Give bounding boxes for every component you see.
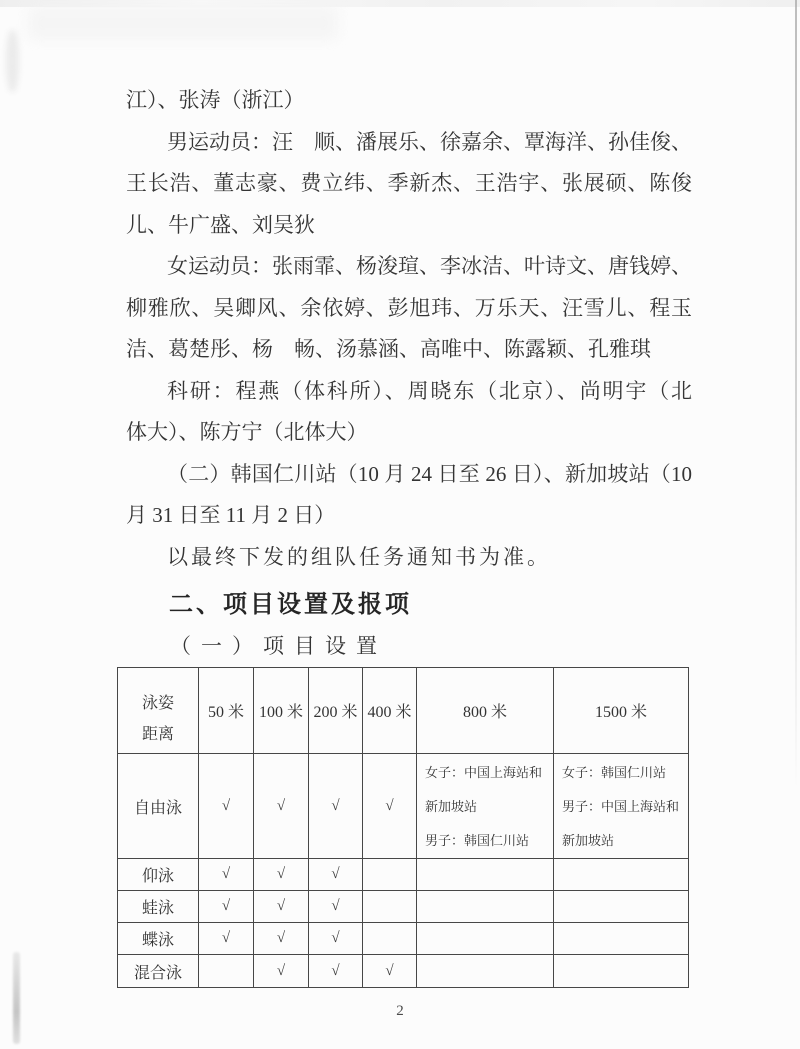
note-cell-1500m — [554, 859, 689, 891]
col-header-400m: 400 米 — [363, 668, 417, 754]
check-cell: √ — [254, 859, 309, 891]
document-page: 江）、张涛（浙江） 男运动员：汪 顺、潘展乐、徐嘉余、覃海洋、孙佳俊、 王长浩、… — [0, 0, 800, 1049]
body-line: 江）、张涛（浙江） — [126, 80, 692, 122]
note-cell-800m: 女子：中国上海站和 新加坡站 男子：韩国仁川站 — [417, 754, 554, 859]
note-cell-800m — [417, 891, 554, 923]
check-cell: √ — [199, 891, 254, 923]
check-cell — [363, 859, 417, 891]
check-cell — [199, 955, 254, 988]
note-cell-1500m — [554, 955, 689, 988]
check-cell: √ — [199, 859, 254, 891]
scan-artifact-right-edge — [795, 0, 797, 790]
stroke-label: 蛙泳 — [118, 891, 199, 923]
body-line: 月 31 日至 11 月 2 日） — [126, 495, 692, 537]
note-cell-800m — [417, 955, 554, 988]
stroke-label: 混合泳 — [118, 955, 199, 988]
body-line: 男运动员：汪 顺、潘展乐、徐嘉余、覃海洋、孙佳俊、 — [126, 122, 692, 164]
note-cell-1500m — [554, 891, 689, 923]
col-header-50m: 50 米 — [199, 668, 254, 754]
events-table: 泳姿 距离 50 米 100 米 200 米 400 米 800 米 1500 … — [117, 667, 689, 988]
subsection-heading: （一）项目设置 — [126, 626, 692, 666]
check-cell — [363, 923, 417, 955]
body-line: （二）韩国仁川站（10 月 24 日至 26 日）、新加坡站（10 — [126, 454, 692, 496]
body-line: 王长浩、董志豪、费立纬、季新杰、王浩宇、张展硕、陈俊 — [126, 163, 692, 205]
check-cell: √ — [363, 955, 417, 988]
check-cell: √ — [309, 955, 363, 988]
col-header-200m: 200 米 — [309, 668, 363, 754]
note-cell-1500m — [554, 923, 689, 955]
table-header-row: 泳姿 距离 50 米 100 米 200 米 400 米 800 米 1500 … — [118, 668, 689, 754]
stroke-label: 自由泳 — [118, 754, 199, 859]
note-cell-1500m: 女子：韩国仁川站 男子：中国上海站和 新加坡站 — [554, 754, 689, 859]
check-cell: √ — [254, 955, 309, 988]
corner-label-bottom: 距离 — [118, 719, 198, 750]
check-cell: √ — [254, 754, 309, 859]
check-cell: √ — [254, 891, 309, 923]
table-row-medley: 混合泳 √ √ √ — [118, 955, 689, 988]
check-cell: √ — [363, 754, 417, 859]
note-cell-800m — [417, 923, 554, 955]
body-line: 体大）、陈方宁（北体大） — [126, 412, 692, 454]
page-number: 2 — [0, 1000, 800, 1022]
body-text: 江）、张涛（浙江） 男运动员：汪 顺、潘展乐、徐嘉余、覃海洋、孙佳俊、 王长浩、… — [126, 80, 692, 666]
check-cell: √ — [309, 859, 363, 891]
check-cell: √ — [309, 754, 363, 859]
body-line: 洁、葛楚彤、杨 畅、汤慕涵、高唯中、陈露颖、孔雅琪 — [126, 329, 692, 371]
check-cell: √ — [309, 891, 363, 923]
stroke-label: 仰泳 — [118, 859, 199, 891]
scan-artifact-left-bottom-smudge — [13, 952, 20, 1044]
check-cell: √ — [309, 923, 363, 955]
corner-label-top: 泳姿 — [118, 688, 198, 719]
corner-header-cell: 泳姿 距离 — [118, 668, 199, 754]
section-heading: 二、项目设置及报项 — [126, 584, 692, 626]
table-row-butterfly: 蝶泳 √ √ √ — [118, 923, 689, 955]
col-header-100m: 100 米 — [254, 668, 309, 754]
body-line: 女运动员：张雨霏、杨浚瑄、李冰洁、叶诗文、唐钱婷、 — [126, 246, 692, 288]
col-header-800m: 800 米 — [417, 668, 554, 754]
body-line: 柳雅欣、吴卿风、余依婷、彭旭玮、万乐天、汪雪儿、程玉 — [126, 288, 692, 330]
body-line: 科研：程燕（体科所）、周晓东（北京）、尚明宇（北 — [126, 371, 692, 413]
check-cell: √ — [199, 923, 254, 955]
table-row-backstroke: 仰泳 √ √ √ — [118, 859, 689, 891]
table-row-freestyle: 自由泳 √ √ √ √ 女子：中国上海站和 新加坡站 男子：韩国仁川站 女子：韩… — [118, 754, 689, 859]
body-line: 以最终下发的组队任务通知书为准。 — [126, 537, 692, 579]
check-cell: √ — [254, 923, 309, 955]
check-cell — [363, 891, 417, 923]
body-line: 儿、牛广盛、刘吴狄 — [126, 205, 692, 247]
col-header-1500m: 1500 米 — [554, 668, 689, 754]
scan-artifact-ghost — [28, 6, 338, 40]
table-row-breaststroke: 蛙泳 √ √ √ — [118, 891, 689, 923]
stroke-label: 蝶泳 — [118, 923, 199, 955]
check-cell: √ — [199, 754, 254, 859]
scan-artifact-left-smudge — [6, 30, 19, 92]
note-cell-800m — [417, 859, 554, 891]
